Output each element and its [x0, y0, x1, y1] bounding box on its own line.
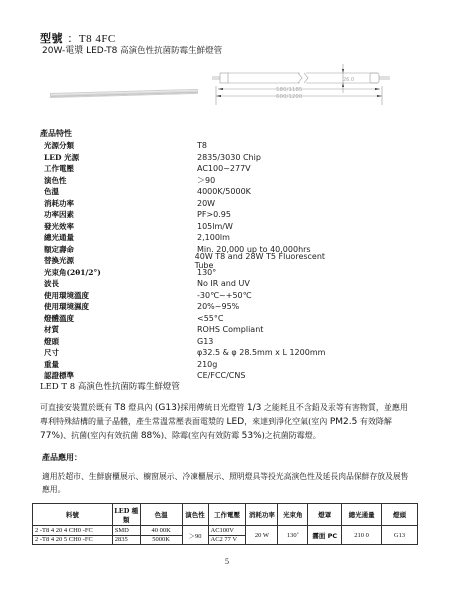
table-header-row: 料號 LED 種類 色溫 演色性 工作電壓 消耗功率 光束角 燈罩 總光通量 燈… [33, 504, 418, 526]
tube-dimension-diagram: 26.0 580/1185 600/1200 [210, 60, 395, 108]
col-cri: 演色性 [182, 504, 208, 526]
svg-text:580/1185: 580/1185 [276, 87, 303, 93]
spec-row: 色溫4000K/5000K [44, 186, 344, 198]
application-title: 產品應用： [42, 452, 82, 463]
spec-row: 工作電壓AC100~277V [44, 163, 344, 175]
spec-list: 光源分類T8 LED 光源2835/3030 Chip 工作電壓AC100~27… [44, 140, 344, 382]
spec-row: 消耗功率20W [44, 198, 344, 210]
spec-row: 總光通量2,100lm [44, 232, 344, 244]
col-part: 料號 [33, 504, 113, 526]
spec-row: 燈頭G13 [44, 336, 344, 348]
specs-title: 產品特性 [40, 128, 72, 139]
svg-text:26.0: 26.0 [343, 77, 354, 83]
col-cct: 色溫 [140, 504, 182, 526]
spec-row: 重量210g [44, 359, 344, 371]
page-number: 5 [225, 557, 229, 566]
col-angle: 光束角 [278, 504, 308, 526]
subtitle-cjk: 高演色性抗菌防霉生鮮燈管 [117, 46, 222, 56]
col-cover: 燈罩 [308, 504, 342, 526]
subtitle-prefix: 20W-電漿 LED-T8 [42, 46, 117, 56]
spec-row: 波長No IR and UV [44, 278, 344, 290]
table-row: 2 -T8 4 20 4 CH0 -FC SMD 40 00K ＞90 AC10… [33, 526, 418, 536]
col-led: LED 種類 [112, 504, 140, 526]
spec-row: 功率因素PF>0.95 [44, 209, 344, 221]
spec-row: 使用環境濕度20%~95% [44, 301, 344, 313]
spec-row: 使用環境溫度-30℃~+50℃ [44, 290, 344, 302]
tube-photo [50, 89, 198, 98]
spec-row: 光源分類T8 [44, 140, 344, 152]
col-base: 燈頭 [382, 504, 418, 526]
spec-row: 材質ROHS Compliant [44, 324, 344, 336]
col-power: 消耗功率 [246, 504, 278, 526]
spec-row: 替換光源40W T8 and 28W T5 Fluorescent Tube [44, 255, 344, 267]
description-title: LED T 8 高演色性抗菌防霉生鮮燈管 [40, 380, 180, 392]
spec-row: 尺寸φ32.5 & φ 28.5mm x L 1200mm [44, 347, 344, 359]
spec-row: 發光效率105lm/W [44, 221, 344, 233]
col-voltage: 工作電壓 [208, 504, 246, 526]
spec-row: LED 光源2835/3030 Chip [44, 152, 344, 164]
spec-row: 燈體溫度<55°C [44, 313, 344, 325]
svg-text:600/1200: 600/1200 [276, 94, 303, 100]
product-table: 料號 LED 種類 色溫 演色性 工作電壓 消耗功率 光束角 燈罩 總光通量 燈… [32, 503, 418, 545]
description-paragraph: 可直接安裝置於既有 T8 燈具內 (G13)採用傳統日光燈管 1/3 之能耗且不… [40, 401, 410, 443]
application-text: 適用於超市、生鮮廚櫃展示、櫥窗展示、冷凍櫃展示、照明燈具等投光高演色性及延長肉品… [42, 470, 412, 496]
dimension-drawing: 26.0 580/1185 600/1200 [210, 60, 395, 108]
col-flux: 總光通量 [342, 504, 382, 526]
product-subtitle: 20W-電漿 LED-T8 高演色性抗菌防霉生鮮燈管 [42, 43, 222, 56]
spec-row: 演色性＞90 [44, 175, 344, 187]
